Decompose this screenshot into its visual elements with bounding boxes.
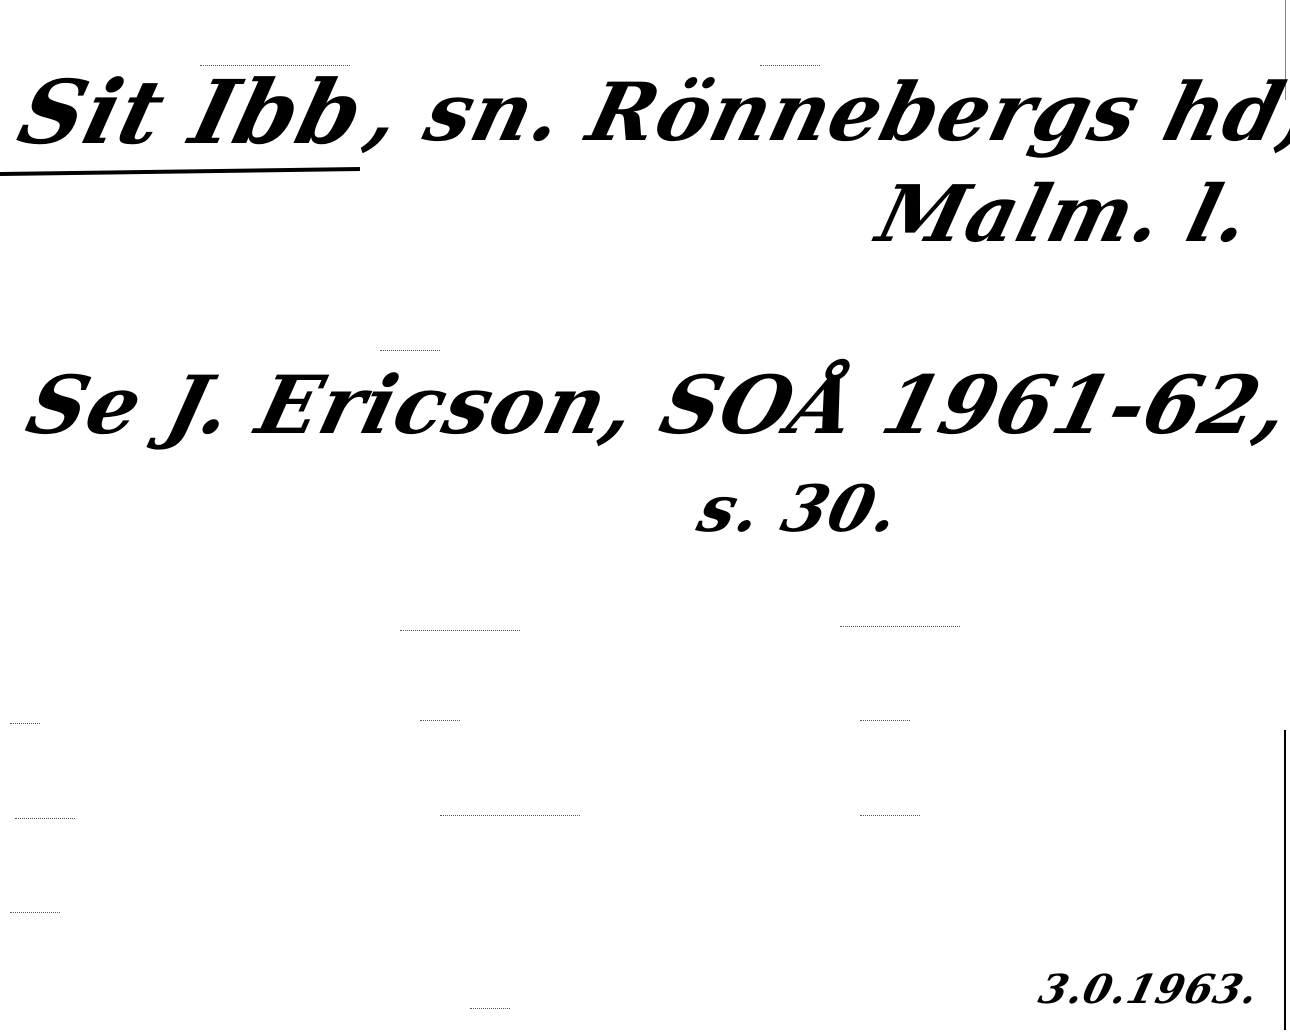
scan-dotted-rule	[10, 723, 40, 725]
card-edge-line	[1284, 730, 1286, 1030]
scan-dotted-rule	[420, 720, 460, 722]
reference-line-1: Se J. Ericson, SOÅ 1961-62, s. 28,	[18, 355, 1290, 455]
place-name-underline	[0, 167, 360, 176]
card-date: 3.0.1963.	[1034, 965, 1264, 1015]
place-name-heading: Sit Ibb	[10, 62, 374, 162]
parish-district-text: , sn. Rönnebergs hd,	[358, 62, 1290, 162]
scan-dotted-rule	[860, 720, 910, 722]
county-text: Malm. l.	[869, 170, 1260, 260]
scan-dotted-rule	[440, 815, 580, 817]
scan-dotted-rule	[470, 1008, 510, 1010]
scan-dotted-rule	[860, 815, 920, 817]
scan-dotted-rule	[380, 350, 440, 352]
reference-line-2: s. 30.	[690, 470, 908, 550]
index-card: Sit Ibb , sn. Rönnebergs hd, Malm. l. Se…	[0, 0, 1290, 1032]
scan-dotted-rule	[10, 912, 60, 914]
scan-dotted-rule	[15, 818, 75, 820]
scan-dotted-rule	[400, 630, 520, 632]
scan-dotted-rule	[840, 626, 960, 628]
